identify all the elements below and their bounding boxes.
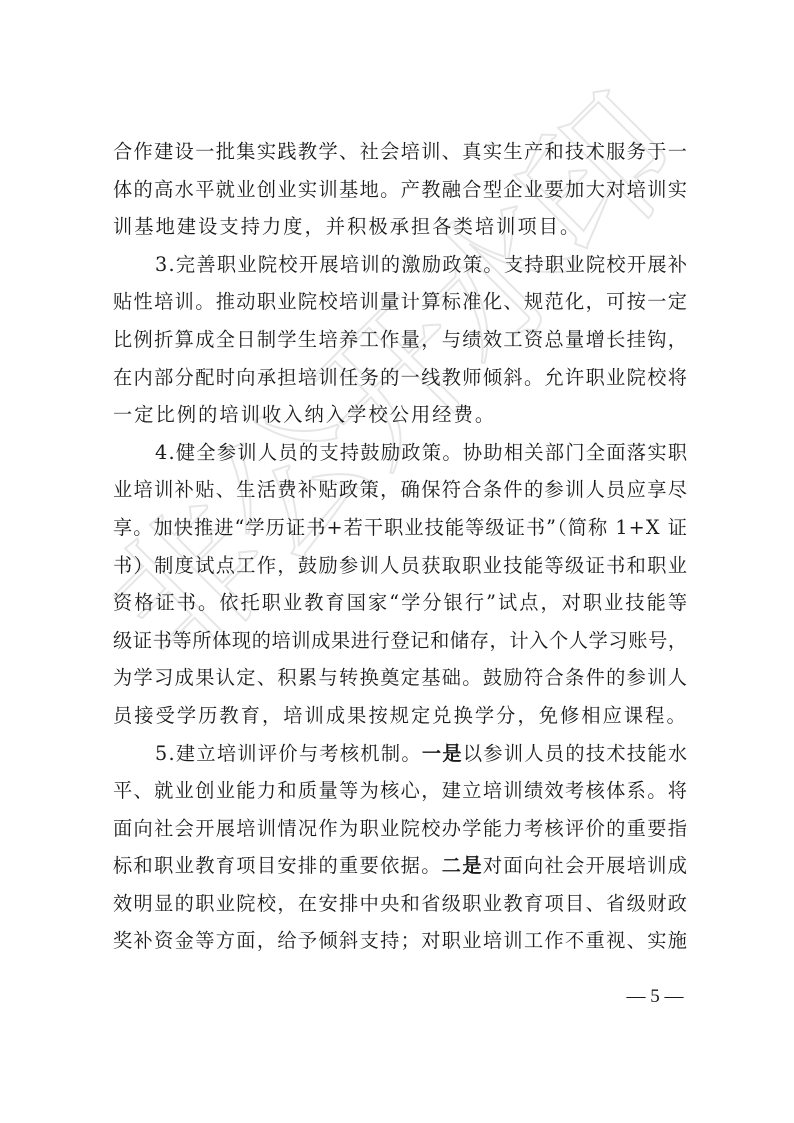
emphasis-text: 二是 [442, 854, 483, 877]
text-segment: 一定比例的培训收入纳入学校公用经费。 [113, 403, 496, 426]
text-line: 平、就业创业能力和质量等为核心，建立培训绩效考核体系。将 [113, 772, 687, 810]
text-line: 资格证书。依托职业教育国家“学分银行”试点，对职业技能等 [113, 584, 687, 622]
text-line: 标和职业教育项目安排的重要依据。二是对面向社会开展培训成 [113, 847, 687, 885]
text-line: 效明显的职业院校，在安排中央和省级职业教育项目、省级财政 [113, 885, 687, 923]
text-segment: 书）制度试点工作，鼓励参训人员获取职业技能等级证书和职业 [113, 554, 688, 577]
text-segment: 5.建立培训评价与考核机制。 [155, 742, 422, 765]
body-text: 合作建设一批集实践教学、社会培训、真实生产和技术服务于一体的高水平就业创业实训基… [113, 133, 687, 960]
page-number: — 5 — [620, 986, 690, 1008]
text-segment: 3.完善职业院校开展培训的激励政策。支持职业院校开展补 [155, 253, 688, 276]
text-line: 训基地建设支持力度，并积极承担各类培训项目。 [113, 208, 687, 246]
text-segment: 比例折算成全日制学生培养工作量，与绩效工资总量增长挂钩， [113, 328, 688, 351]
text-line: 体的高水平就业创业实训基地。产教融合型企业要加大对培训实 [113, 171, 687, 209]
text-line: 为学习成果认定、积累与转换奠定基础。鼓励符合条件的参训人 [113, 659, 687, 697]
text-line: 一定比例的培训收入纳入学校公用经费。 [113, 396, 687, 434]
text-line: 合作建设一批集实践教学、社会培训、真实生产和技术服务于一 [113, 133, 687, 171]
text-segment: 以参训人员的技术技能水 [463, 742, 688, 765]
text-line: 比例折算成全日制学生培养工作量，与绩效工资总量增长挂钩， [113, 321, 687, 359]
text-segment: 合作建设一批集实践教学、社会培训、真实生产和技术服务于一 [113, 140, 688, 163]
text-segment: 业培训补贴、生活费补贴政策，确保符合条件的参训人员应享尽 [113, 478, 688, 501]
text-segment: 标和职业教育项目安排的重要依据。 [113, 854, 442, 877]
text-segment: 享。加快推进“学历证书+若干职业技能等级证书”（简称 1+X 证 [113, 516, 688, 539]
paragraph-first-line: 5.建立培训评价与考核机制。一是以参训人员的技术技能水 [113, 735, 687, 773]
emphasis-text: 一是 [422, 742, 463, 765]
text-segment: 对面向社会开展培训成 [483, 854, 688, 877]
text-line: 级证书等所体现的培训成果进行登记和储存，计入个人学习账号， [113, 622, 687, 660]
text-line: 享。加快推进“学历证书+若干职业技能等级证书”（简称 1+X 证 [113, 509, 687, 547]
text-segment: 资格证书。依托职业教育国家“学分银行”试点，对职业技能等 [113, 591, 689, 614]
text-line: 书）制度试点工作，鼓励参训人员获取职业技能等级证书和职业 [113, 547, 687, 585]
text-segment: 面向社会开展培训情况作为职业院校办学能力考核评价的重要指 [113, 817, 688, 840]
text-segment: 效明显的职业院校，在安排中央和省级职业教育项目、省级财政 [113, 892, 688, 915]
text-line: 在内部分配时向承担培训任务的一线教师倾斜。允许职业院校将 [113, 359, 687, 397]
text-segment: 体的高水平就业创业实训基地。产教融合型企业要加大对培训实 [113, 178, 688, 201]
text-line: 贴性培训。推动职业院校培训量计算标准化、规范化，可按一定 [113, 283, 687, 321]
paragraph-first-line: 3.完善职业院校开展培训的激励政策。支持职业院校开展补 [113, 246, 687, 284]
text-segment: 在内部分配时向承担培训任务的一线教师倾斜。允许职业院校将 [113, 366, 688, 389]
text-segment: 4.健全参训人员的支持鼓励政策。协助相关部门全面落实职 [155, 441, 688, 464]
text-segment: 级证书等所体现的培训成果进行登记和储存，计入个人学习账号， [113, 629, 688, 652]
text-segment: 为学习成果认定、积累与转换奠定基础。鼓励符合条件的参训人 [113, 666, 688, 689]
text-line: 员接受学历教育，培训成果按规定兑换学分，免修相应课程。 [113, 697, 687, 735]
text-line: 奖补资金等方面，给予倾斜支持；对职业培训工作不重视、实施 [113, 922, 687, 960]
document-page: 非公开水印 合作建设一批集实践教学、社会培训、真实生产和技术服务于一体的高水平就… [0, 0, 794, 1123]
paragraph-first-line: 4.健全参训人员的支持鼓励政策。协助相关部门全面落实职 [113, 434, 687, 472]
text-segment: 训基地建设支持力度，并积极承担各类培训项目。 [113, 215, 581, 238]
text-segment: 员接受学历教育，培训成果按规定兑换学分，免修相应课程。 [113, 704, 688, 727]
text-segment: 平、就业创业能力和质量等为核心，建立培训绩效考核体系。将 [113, 779, 688, 802]
text-segment: 贴性培训。推动职业院校培训量计算标准化、规范化，可按一定 [113, 290, 688, 313]
text-segment: 奖补资金等方面，给予倾斜支持；对职业培训工作不重视、实施 [113, 929, 688, 952]
text-line: 面向社会开展培训情况作为职业院校办学能力考核评价的重要指 [113, 810, 687, 848]
text-line: 业培训补贴、生活费补贴政策，确保符合条件的参训人员应享尽 [113, 471, 687, 509]
